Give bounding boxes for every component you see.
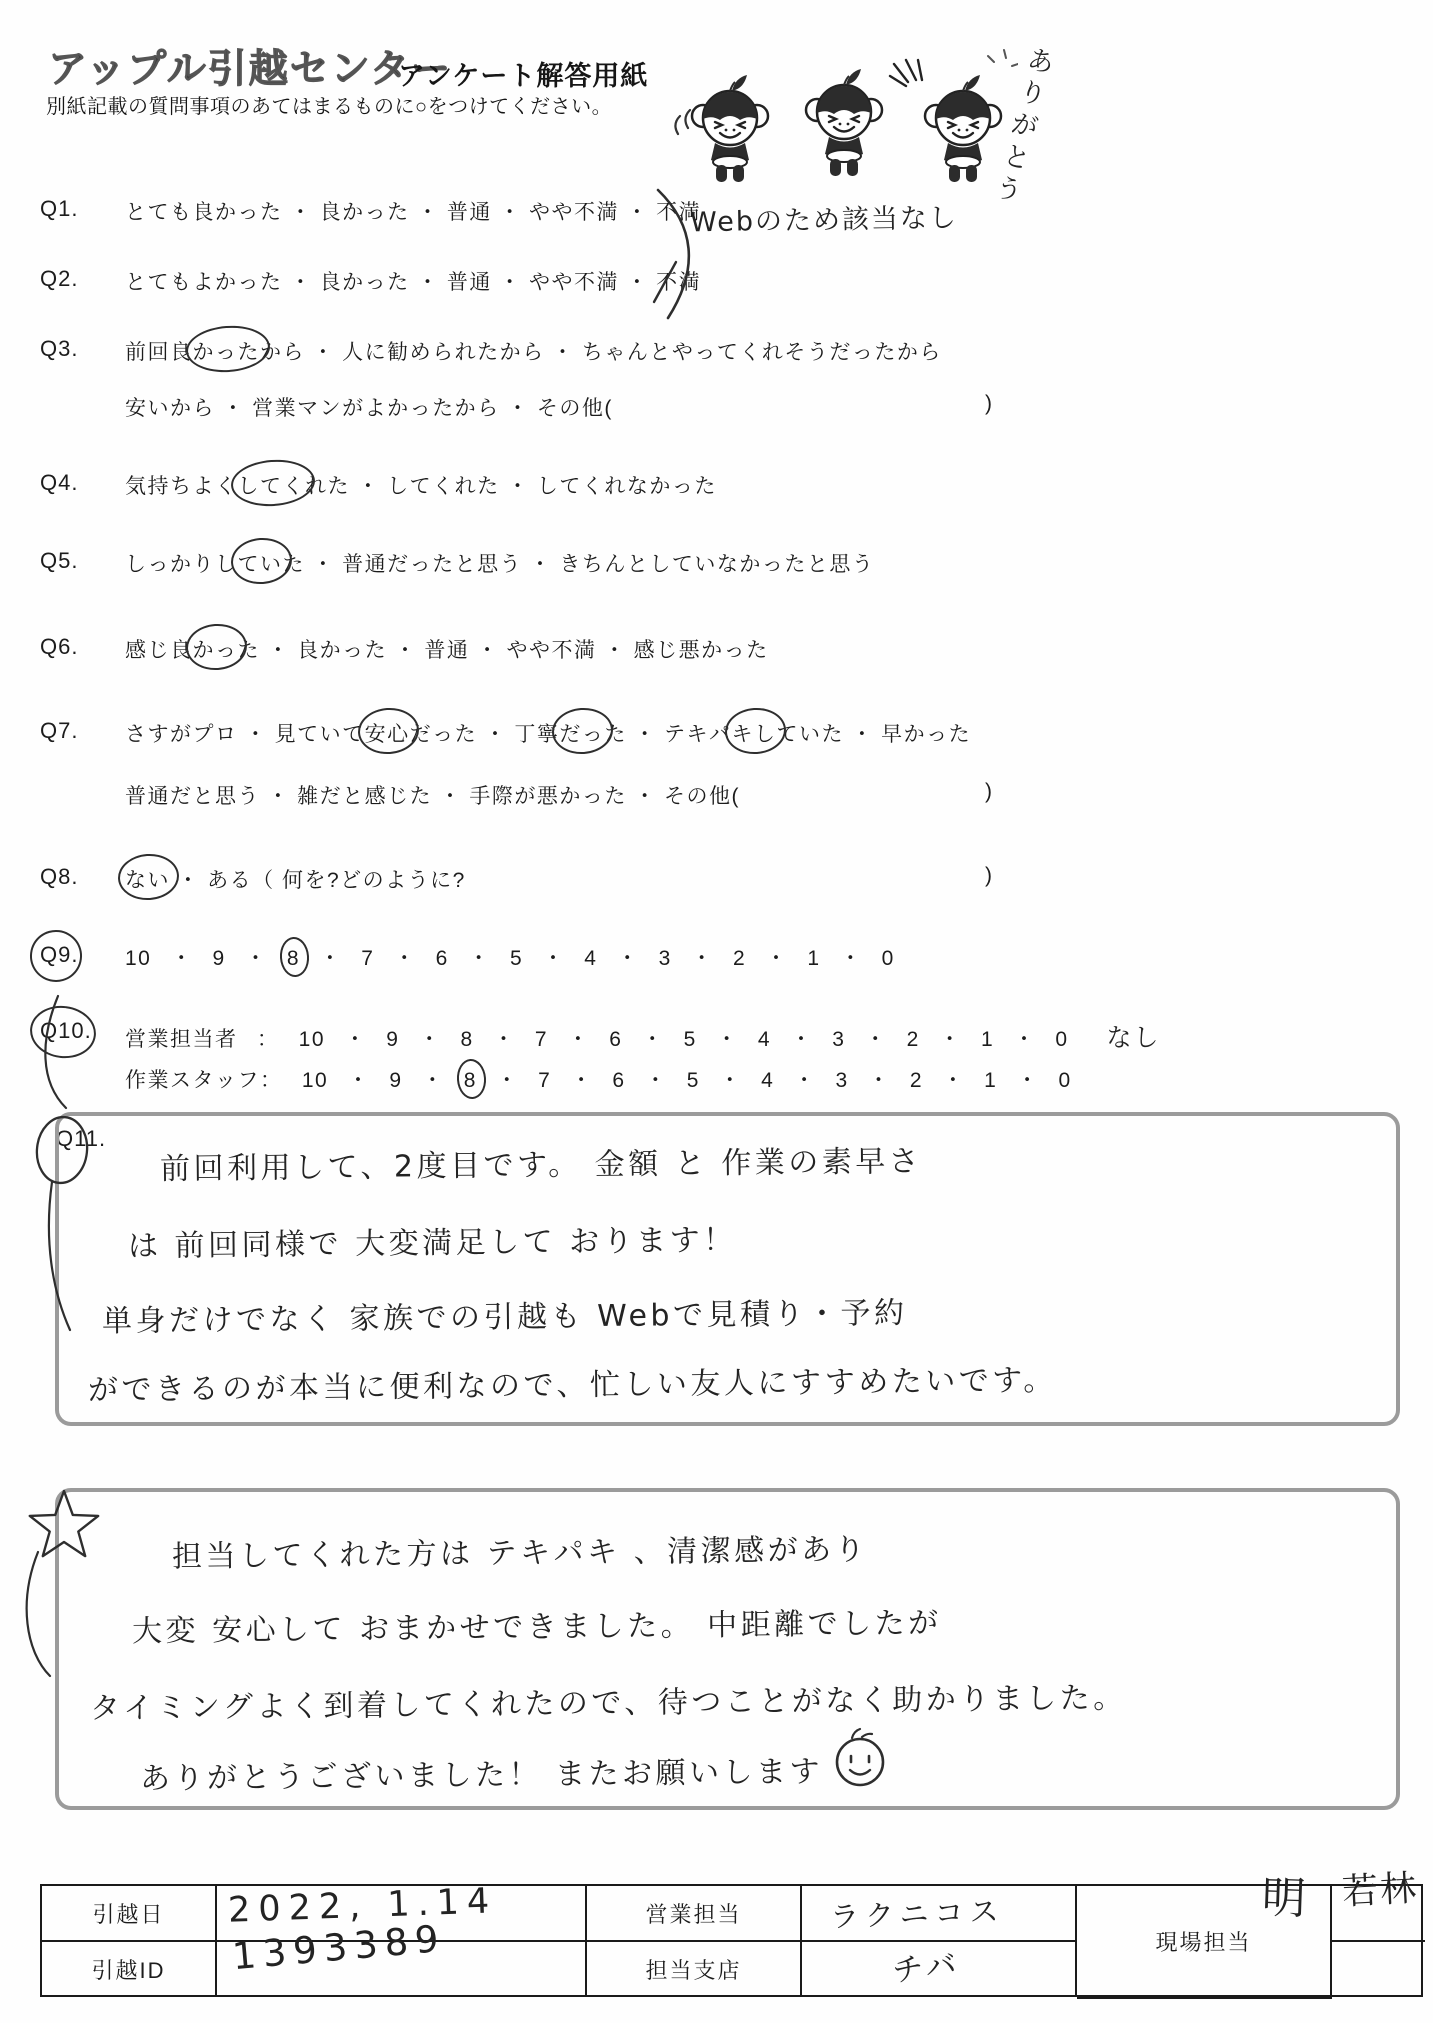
- question-options: とてもよかった ・ 良かった ・ 普通 ・ やや不満 ・ 不満: [125, 266, 701, 296]
- question-label: Q2.: [40, 266, 78, 292]
- question-options: 感じ良かった ・ 良かった ・ 普通 ・ やや不満 ・ 感じ悪かった: [125, 634, 769, 664]
- question-label: Q1.: [40, 196, 78, 222]
- question-label: Q10.: [40, 1018, 92, 1044]
- option-text: 普通だと思う ・ 雑だと感じた ・ 手際が悪かった ・ その他(: [125, 785, 740, 808]
- handwritten-circle-answer: キし: [732, 718, 777, 748]
- option-text: から ・ 人に勧められたから ・ ちゃんとやってくれそうだったから: [260, 341, 942, 364]
- option-text: ・ 7 ・ 6 ・ 5 ・ 4 ・ 3 ・ 2 ・ 1 ・ 0: [300, 947, 895, 970]
- survey-sheet: アップル引越センター アンケート解答用紙 別紙記載の質問事項のあてはまるものに○…: [0, 0, 1433, 2023]
- handwritten-circle-answer: だっ: [559, 718, 604, 748]
- option-text: 気持ちよく: [125, 475, 238, 498]
- question-id: Q3.: [40, 336, 78, 361]
- option-text: た ・ 普通だったと思う ・ きちんとしていなかったと思う: [283, 553, 875, 576]
- handwritten-site-staff-1: 明: [1261, 1861, 1307, 1926]
- handwritten-circle-answer: してく: [238, 470, 306, 500]
- handwritten-circle-answer: ない: [125, 864, 170, 894]
- label-move-date: 引越日: [42, 1886, 217, 1942]
- option-text: ・ 7 ・ 6 ・ 5 ・ 4 ・ 3 ・ 2 ・ 1 ・ 0: [477, 1069, 1072, 1092]
- question-id: Q2.: [40, 266, 78, 291]
- question-label: Q4.: [40, 470, 78, 496]
- question-id: Q6.: [40, 634, 78, 659]
- option-text: 感じ良: [125, 639, 193, 662]
- handwritten-note: なし: [1107, 1023, 1161, 1052]
- option-text: とてもよかった ・ 良かった ・ 普通 ・ やや不満 ・ 不満: [125, 271, 701, 294]
- option-text: だった ・ 丁寧: [410, 723, 560, 746]
- option-text: 10 ・ 9 ・: [125, 947, 287, 970]
- handwritten-comment-line: 前回利用して、2度目です。 金額 と 作業の素早さ: [160, 1136, 923, 1188]
- option-text: とても良かった ・ 良かった ・ 普通 ・ やや不満 ・ 不満: [125, 201, 701, 224]
- option-text: た ・ 良かった ・ 普通 ・ やや不満 ・ 感じ悪かった: [238, 639, 769, 662]
- question-options: さすがプロ ・ 見ていて安心だった ・ 丁寧だった ・ テキパキしていた ・ 早…: [125, 718, 971, 748]
- option-text: 前回良: [125, 341, 193, 364]
- question-id: Q9.: [40, 942, 78, 968]
- question-options: 気持ちよくしてくれた ・ してくれた ・ してくれなかった: [125, 470, 717, 500]
- handwritten-circle-answer: かった: [193, 336, 261, 366]
- closing-paren: ): [985, 864, 992, 888]
- label-branch: 担当支店: [587, 1942, 802, 1996]
- instruction-text: 別紙記載の質問事項のあてはまるものに○をつけてください。: [46, 90, 612, 119]
- site-staff-empty-cell: [1332, 1942, 1425, 1996]
- question-options: しっかりしていた ・ 普通だったと思う ・ きちんとしていなかったと思う: [125, 548, 874, 578]
- handwritten-circle-answer: 8: [464, 1069, 477, 1093]
- question-id: Q5.: [40, 548, 78, 573]
- question-id: Q4.: [40, 470, 78, 495]
- question-id: Q8.: [40, 864, 78, 889]
- label-sales-rep: 営業担当: [587, 1886, 802, 1942]
- handwritten-circle-answer: 安心: [365, 718, 410, 748]
- star-tail-doodle: [27, 1552, 50, 1676]
- question-options: 普通だと思う ・ 雑だと感じた ・ 手際が悪かった ・ その他(: [125, 780, 740, 810]
- question-options: 営業担当者 ： 10 ・ 9 ・ 8 ・ 7 ・ 6 ・ 5 ・ 4 ・ 3 ・…: [125, 1018, 1161, 1054]
- handwritten-comment-line: は 前回同様で 大変満足して おります！: [128, 1215, 737, 1265]
- question-label: Q8.: [40, 864, 78, 890]
- question-label: Q3.: [40, 336, 78, 362]
- handwritten-comment-line: 大変 安心して おまかせできました。 中距離でしたが: [132, 1598, 942, 1650]
- question-label: Q6.: [40, 634, 78, 660]
- monkey-mascots-illustration: [668, 36, 1018, 196]
- option-text: 営業担当者 ： 10 ・ 9 ・ 8 ・ 7 ・ 6 ・ 5 ・ 4 ・ 3 ・…: [125, 1028, 1069, 1051]
- handwritten-circle-answer: かっ: [193, 634, 238, 664]
- option-text: 作業スタッフ： 10 ・ 9 ・: [125, 1069, 464, 1092]
- option-text: ていた ・ 早かった: [777, 723, 972, 746]
- option-text: れた ・ してくれた ・ してくれなかった: [305, 475, 717, 498]
- handwritten-site-staff-2: 若林: [1341, 1860, 1420, 1915]
- handwritten-circle-answer: てい: [238, 548, 283, 578]
- handwritten-comment-line: 担当してくれた方は テキパキ 、清潔感があり: [172, 1524, 869, 1575]
- question-options: 10 ・ 9 ・ 8 ・ 7 ・ 6 ・ 5 ・ 4 ・ 3 ・ 2 ・ 1 ・…: [125, 942, 895, 972]
- option-text: た ・ テキパ: [604, 723, 731, 746]
- question-id: Q10.: [40, 1018, 92, 1044]
- question-label: Q7.: [40, 718, 78, 744]
- option-text: 安いから ・ 営業マンがよかったから ・ その他(: [125, 397, 613, 420]
- handwritten-comment-line: 単身だけでなく 家族での引越も Webで見積り・予約: [102, 1288, 908, 1340]
- closing-paren: ): [985, 780, 992, 804]
- question-options: 作業スタッフ： 10 ・ 9 ・ 8 ・ 7 ・ 6 ・ 5 ・ 4 ・ 3 ・…: [125, 1064, 1072, 1094]
- closing-paren: ): [985, 392, 992, 416]
- question-options: とても良かった ・ 良かった ・ 普通 ・ やや不満 ・ 不満: [125, 196, 701, 226]
- handwritten-branch: チバ: [890, 1939, 962, 1991]
- option-text: しっかりし: [125, 553, 238, 576]
- handwritten-comment-line: ありがとうございました！ またお願いします: [140, 1746, 823, 1797]
- question-id: Q7.: [40, 718, 78, 743]
- question-label: Q9.: [40, 942, 78, 968]
- label-move-id: 引越ID: [42, 1942, 217, 1996]
- handwritten-sales-rep: ラクニコス: [829, 1889, 1005, 1936]
- sheet-title: アンケート解答用紙: [398, 54, 648, 93]
- option-text: ・ ある（ 何を?どのように?: [170, 869, 466, 892]
- brand-title: アップル引越センター: [48, 38, 452, 94]
- option-text: さすがプロ ・ 見ていて: [125, 723, 365, 746]
- handwritten-circle-answer: 8: [287, 947, 300, 971]
- question-options: 安いから ・ 営業マンがよかったから ・ その他(: [125, 392, 613, 422]
- question-options: ない ・ ある（ 何を?どのように?: [125, 864, 466, 894]
- handwritten-note-web: Webのため該当なし: [690, 196, 959, 240]
- question-id: Q1.: [40, 196, 78, 221]
- question-options: 前回良かったから ・ 人に勧められたから ・ ちゃんとやってくれそうだったから: [125, 336, 942, 366]
- question-label: Q5.: [40, 548, 78, 574]
